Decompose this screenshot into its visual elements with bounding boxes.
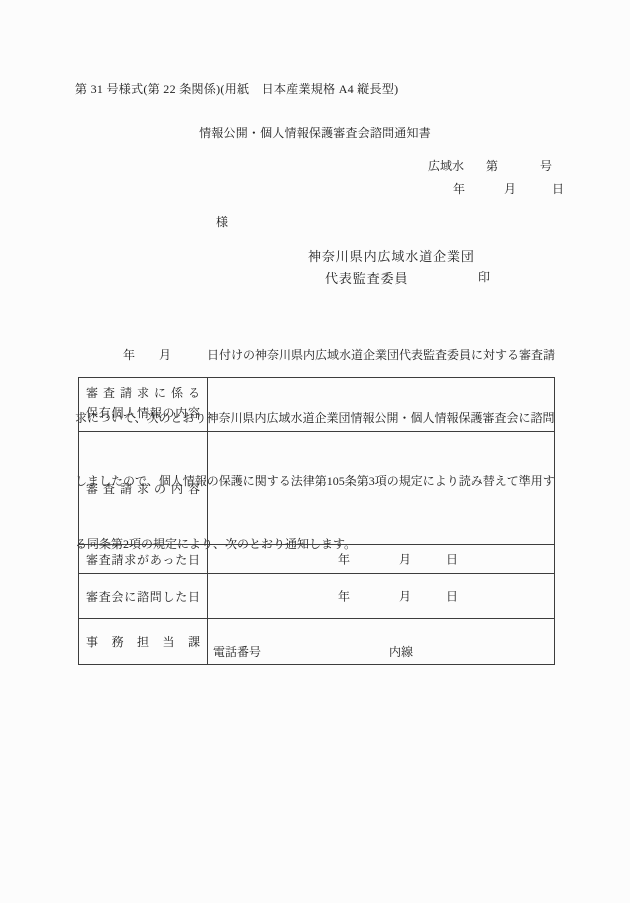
sender-title: 代表監査委員 xyxy=(325,268,408,287)
held-personal-info-value-cell xyxy=(208,378,555,432)
row-label-held-personal-info: 審査請求に係る 保有個人情報の内容 xyxy=(79,378,208,432)
seal-mark: 印 xyxy=(478,268,490,285)
table-row-consultation-date: 審査会に諮問した日 年 月 日 xyxy=(79,574,555,619)
consultation-date-value-cell: 年 月 日 xyxy=(208,574,555,619)
request-date-value-cell: 年 月 日 xyxy=(208,545,555,574)
consultation-date-year: 年 xyxy=(338,588,350,605)
form-number-line: 第 31 号様式(第 22 条関係)(用紙 日本産業規格 A4 縦長型) xyxy=(75,80,398,97)
request-content-value-cell xyxy=(208,432,555,545)
table-row-held-personal-info: 審査請求に係る 保有個人情報の内容 xyxy=(79,378,555,432)
office-in-charge-value-cell: 電話番号 内線 xyxy=(208,619,555,665)
document-page: 第 31 号様式(第 22 条関係)(用紙 日本産業規格 A4 縦長型) 情報公… xyxy=(0,0,630,903)
doc-number-prefix: 広域水 xyxy=(428,157,464,174)
issue-date-day: 日 xyxy=(552,180,564,197)
row-label-office-in-charge: 事務担当課 xyxy=(79,619,208,665)
issue-date-month: 月 xyxy=(504,180,516,197)
sender-organization: 神奈川県内広域水道企業団 xyxy=(308,246,475,265)
request-date-day: 日 xyxy=(446,551,458,568)
row-label-line-2: 保有個人情報の内容 xyxy=(86,403,200,423)
row-label-request-date: 審査請求があった日 xyxy=(79,545,208,574)
issue-date-year: 年 xyxy=(453,180,465,197)
consultation-date-day: 日 xyxy=(446,588,458,605)
extension-label: 内線 xyxy=(389,643,413,660)
table-row-office-in-charge: 事務担当課 電話番号 内線 xyxy=(79,619,555,665)
table-row-request-content: 審査請求の内容 xyxy=(79,432,555,545)
consultation-date-month: 月 xyxy=(399,588,411,605)
row-label-consultation-date: 審査会に諮問した日 xyxy=(79,574,208,619)
row-label-line-1: 審査請求に係る xyxy=(86,383,200,403)
doc-number-go: 号 xyxy=(540,157,552,174)
request-date-month: 月 xyxy=(399,551,411,568)
addressee-honorific: 様 xyxy=(216,213,228,230)
doc-number-dai: 第 xyxy=(486,157,498,174)
consultation-table: 審査請求に係る 保有個人情報の内容 審査請求の内容 審査請求があった日 年 月 … xyxy=(78,377,555,665)
table-row-request-date: 審査請求があった日 年 月 日 xyxy=(79,545,555,574)
phone-number-label: 電話番号 xyxy=(213,643,261,660)
document-title: 情報公開・個人情報保護審査会諮問通知書 xyxy=(0,124,630,141)
request-date-year: 年 xyxy=(338,551,350,568)
row-label-request-content: 審査請求の内容 xyxy=(79,432,208,545)
body-line-1: 年 月 日付けの神奈川県内広域水道企業団代表監査委員に対する審査請 xyxy=(75,345,559,366)
